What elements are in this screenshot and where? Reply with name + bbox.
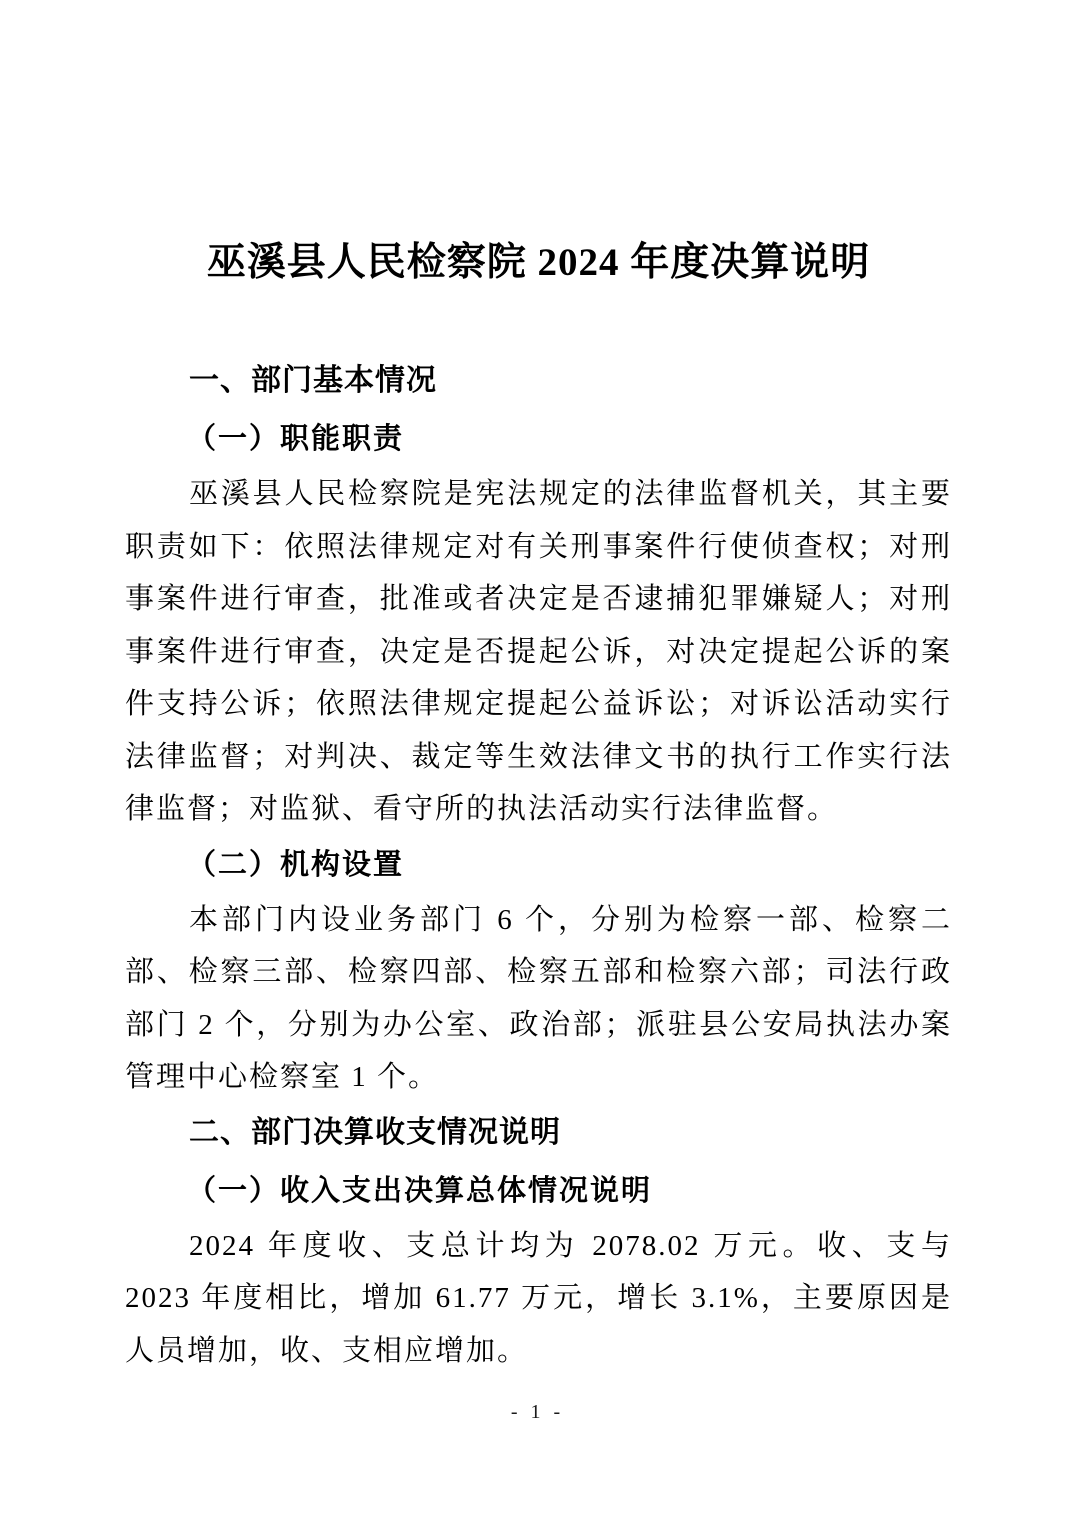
paragraph-income-expenditure-overview: 2024 年度收、支总计均为 2078.02 万元。收、支与 2023 年度相比… xyxy=(125,1220,952,1378)
section-heading-final-accounts: 二、部门决算收支情况说明 xyxy=(125,1104,952,1162)
document-page: 巫溪县人民检察院 2024 年度决算说明 一、部门基本情况 （一）职能职责 巫溪… xyxy=(0,0,1075,1520)
paragraph-functions-duties: 巫溪县人民检察院是宪法规定的法律监督机关，其主要职责如下：依照法律规定对有关刑事… xyxy=(125,468,952,836)
subsection-heading-income-expenditure-overview: （一）收入支出决算总体情况说明 xyxy=(125,1162,952,1220)
subsection-heading-functions-duties: （一）职能职责 xyxy=(125,410,952,468)
paragraph-organization-setup: 本部门内设业务部门 6 个，分别为检察一部、检察二部、检察三部、检察四部、检察五… xyxy=(125,894,952,1104)
document-title: 巫溪县人民检察院 2024 年度决算说明 xyxy=(125,234,952,292)
document-content: 巫溪县人民检察院 2024 年度决算说明 一、部门基本情况 （一）职能职责 巫溪… xyxy=(0,234,1075,1377)
subsection-heading-organization-setup: （二）机构设置 xyxy=(125,836,952,894)
section-heading-basic-info: 一、部门基本情况 xyxy=(125,352,952,410)
page-number: - 1 - xyxy=(0,1399,1075,1425)
